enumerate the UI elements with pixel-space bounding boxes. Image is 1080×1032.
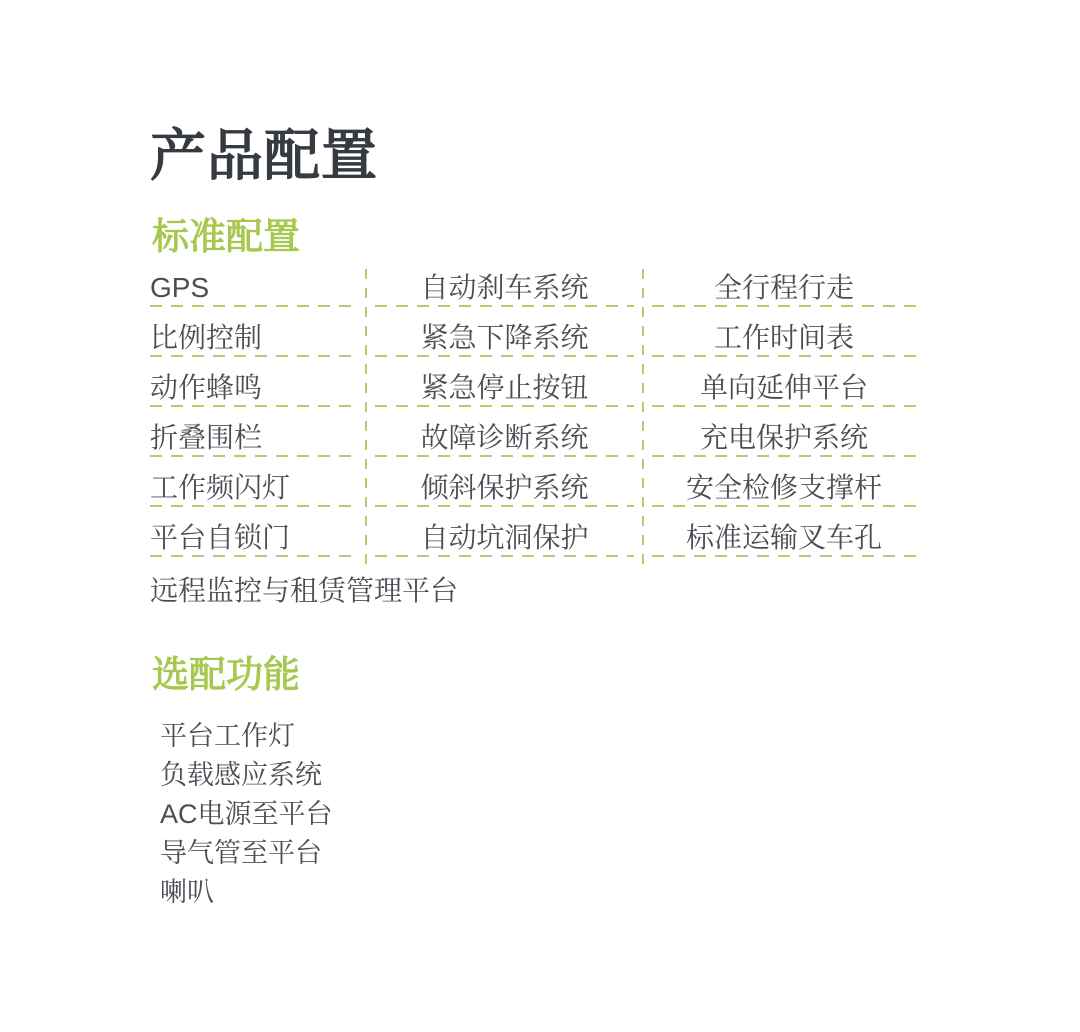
config-item: 自动坑洞保护	[366, 507, 643, 557]
table-row: 工作频闪灯 倾斜保护系统 安全检修支撑杆	[150, 457, 925, 507]
config-item: 全行程行走	[643, 257, 925, 307]
table-row: GPS 自动刹车系统 全行程行走	[150, 257, 925, 307]
config-item: 故障诊断系统	[366, 407, 643, 457]
table-row: 平台自锁门 自动坑洞保护 标准运输叉车孔	[150, 507, 925, 557]
standard-config-heading: 标准配置	[152, 217, 300, 258]
optional-config-heading: 选配功能	[152, 655, 300, 696]
optional-config-list: 平台工作灯 负载感应系统 AC电源至平台 导气管至平台 喇叭	[160, 714, 333, 909]
column-divider	[642, 269, 644, 572]
table-row: 折叠围栏 故障诊断系统 充电保护系统	[150, 407, 925, 457]
config-item: 安全检修支撑杆	[643, 457, 925, 507]
config-item: 工作时间表	[643, 307, 925, 357]
list-item: 负载感应系统	[160, 753, 333, 792]
page-title: 产品配置	[150, 124, 378, 188]
config-item: 紧急停止按钮	[366, 357, 643, 407]
config-item: 单向延伸平台	[643, 357, 925, 407]
column-divider	[365, 269, 367, 572]
config-item: 自动刹车系统	[366, 257, 643, 307]
config-item: GPS	[150, 257, 366, 307]
config-item: 动作蜂鸣	[150, 357, 366, 407]
config-item: 充电保护系统	[643, 407, 925, 457]
standard-config-table: GPS 自动刹车系统 全行程行走 比例控制 紧急下降系统 工作时间表 动作蜂鸣 …	[150, 257, 925, 557]
list-item: AC电源至平台	[160, 792, 333, 831]
table-row: 比例控制 紧急下降系统 工作时间表	[150, 307, 925, 357]
product-configuration-page: 产品配置 标准配置 GPS 自动刹车系统 全行程行走 比例控制 紧急下降系统 工…	[0, 0, 1080, 1032]
list-item: 导气管至平台	[160, 831, 333, 870]
remote-monitoring-item: 远程监控与租赁管理平台	[150, 568, 458, 610]
list-item: 喇叭	[160, 870, 333, 909]
config-item: 平台自锁门	[150, 507, 366, 557]
config-item: 紧急下降系统	[366, 307, 643, 357]
table-row: 动作蜂鸣 紧急停止按钮 单向延伸平台	[150, 357, 925, 407]
config-item: 比例控制	[150, 307, 366, 357]
config-item: 标准运输叉车孔	[643, 507, 925, 557]
config-item: 折叠围栏	[150, 407, 366, 457]
config-item: 倾斜保护系统	[366, 457, 643, 507]
config-item: 工作频闪灯	[150, 457, 366, 507]
list-item: 平台工作灯	[160, 714, 333, 753]
